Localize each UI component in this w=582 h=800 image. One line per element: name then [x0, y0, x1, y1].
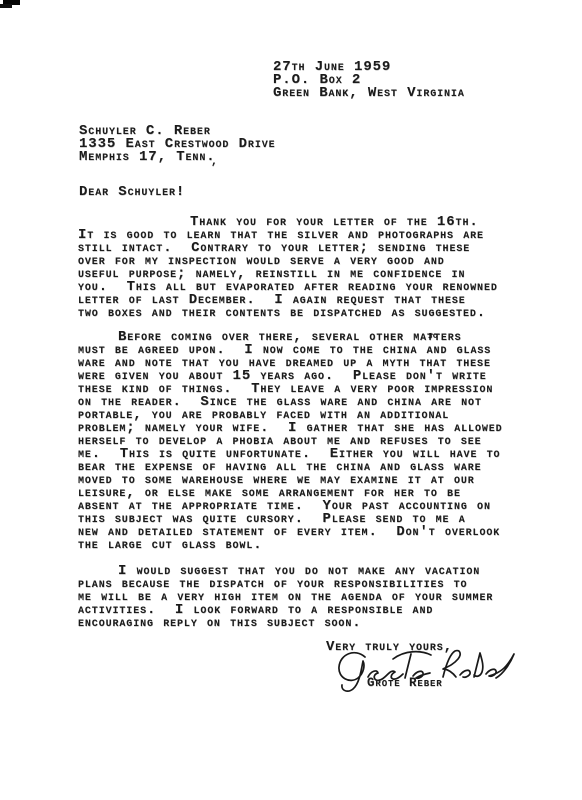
sender-date-block: 27th June 1959 P.O. Box 2 Green Bank, We… [273, 61, 465, 100]
recipient-city: Memphis 17, Tenn. [79, 151, 276, 164]
recipient-address-block: Schuyler C. Reber 1335 East Crestwood Dr… [79, 125, 276, 164]
stray-ink-mark: , [211, 156, 218, 168]
letter-line: the large cut glass bowl. [78, 539, 503, 552]
letter-page: 27th June 1959 P.O. Box 2 Green Bank, We… [0, 0, 582, 800]
handwritten-insert-annotation: Jc [427, 332, 438, 341]
scan-artifact-ink-blot [0, 4, 12, 8]
paragraph-1: Thank you for your letter of the 16th. I… [78, 216, 498, 320]
paragraph-3: I would suggest that you do not make any… [78, 565, 493, 630]
paragraph-2: Before coming over there, several other … [78, 331, 503, 552]
salutation: Dear Schuyler! [79, 186, 185, 199]
typed-signature-name: Grote Reber [367, 677, 443, 690]
letter-line: encouraging reply on this subject soon. [78, 617, 493, 630]
letter-line: two boxes and their contents be dispatch… [78, 307, 498, 320]
sender-city-line: Green Bank, West Virginia [273, 87, 465, 100]
